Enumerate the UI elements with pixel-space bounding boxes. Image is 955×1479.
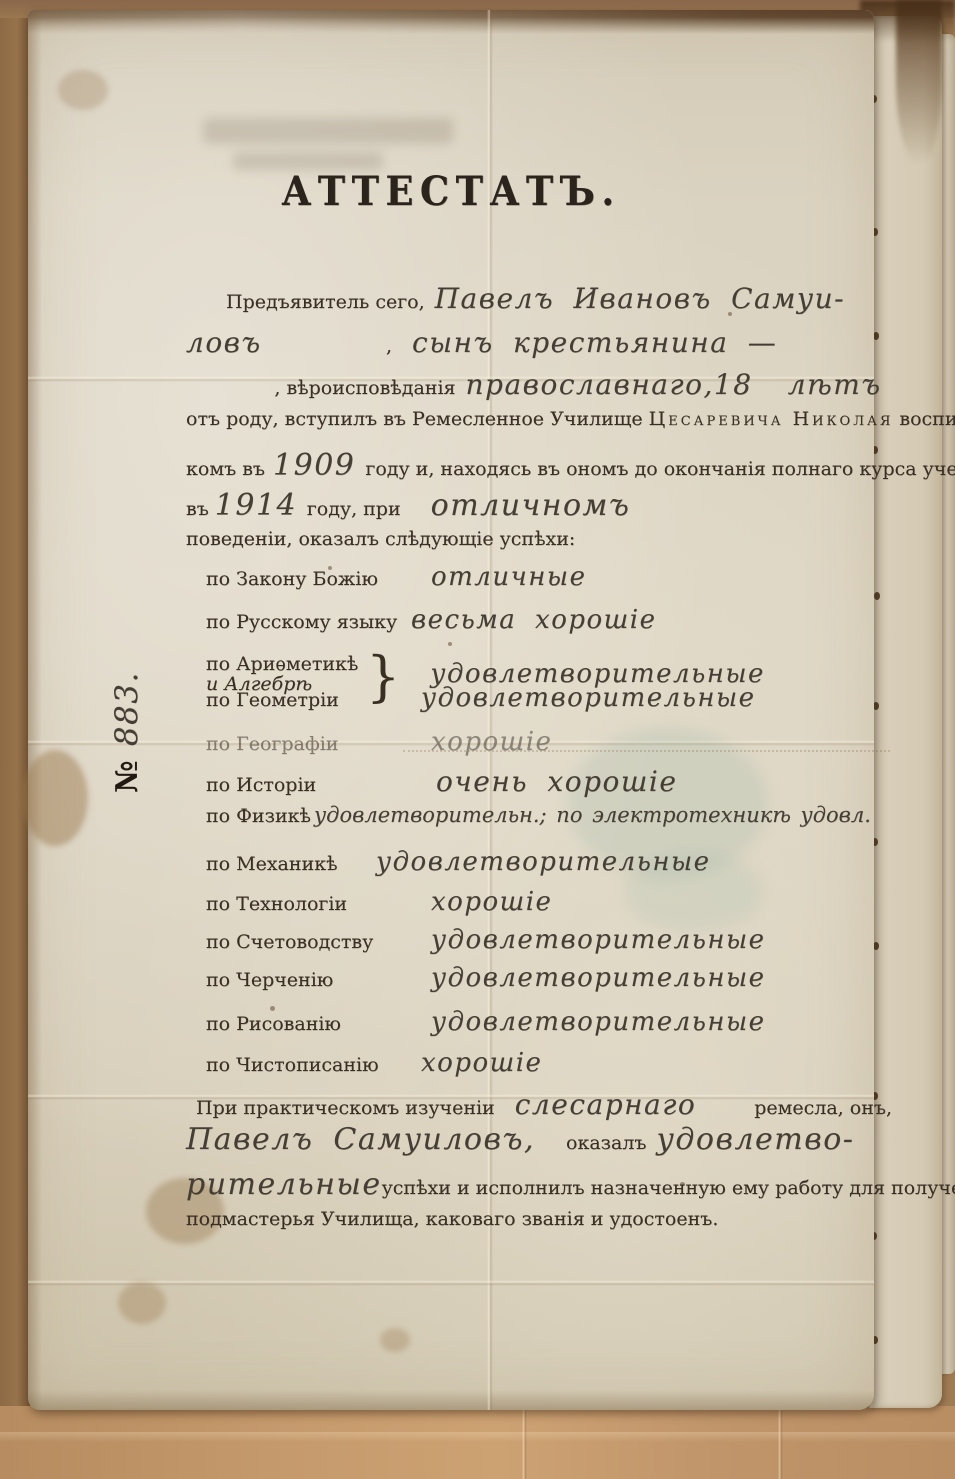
number-sign: №	[110, 760, 145, 793]
subject-label: по Чистописанію	[186, 1054, 401, 1076]
subject-row: по Счетоводству удовлетворительные	[186, 925, 892, 963]
closing-line-4: подмастерья Училища, каковаго званія и у…	[186, 1208, 892, 1246]
subject-grade: хорошіе	[421, 1048, 542, 1078]
stain	[380, 1328, 410, 1352]
subject-grade: отличные	[431, 562, 586, 592]
handwritten-origin: сынъ крестьянина —	[412, 326, 777, 359]
subject-grade: удовлетворительные	[431, 1007, 766, 1037]
certificate-number: № 883.	[109, 647, 153, 817]
intro-line-3: , вѣроисповѣданія православнаго, 18 лѣтъ	[186, 368, 892, 406]
intro-line-4: отъ роду, вступилъ въ Ремесленное Училищ…	[186, 408, 892, 446]
handwritten-year-finished: 1914	[215, 488, 297, 523]
closing-line-2: Павелъ Самуиловъ, оказалъ удовлетво-	[186, 1122, 892, 1160]
subject-label: по Физикѣ	[186, 805, 314, 827]
subject-row: по Исторіи очень хорошіе	[186, 765, 892, 803]
handwritten-age: 18	[714, 368, 753, 401]
subject-grade: удовлетворительные	[421, 683, 756, 713]
subject-row: по Геометріи удовлетворительные	[186, 683, 892, 721]
subject-label: по Исторіи	[186, 774, 401, 796]
intro-line-6: въ 1914 году, при отличномъ	[186, 488, 892, 526]
intro-line-7: поведеніи, оказалъ слѣдующіе успѣхи:	[186, 528, 892, 566]
handwritten-grade-part2: рительные	[186, 1167, 382, 1202]
subject-grade: удовлетворительные	[376, 847, 711, 877]
subject-row: по Русскому языку весьма хорошіе	[186, 605, 892, 643]
subject-grade: очень хорошіе	[436, 765, 677, 798]
subject-label: по Закону Божію	[186, 568, 401, 590]
closing-line-1: При практическомъ изученіи слесарнаго ре…	[186, 1088, 892, 1126]
top-right-shadow	[860, 0, 955, 42]
subject-label: по Геометріи	[186, 689, 401, 711]
certificate-page: № 883. АТТЕСТАТЪ. Предъявитель сего, Пав…	[28, 10, 874, 1410]
subject-grade: хорошіе	[431, 887, 552, 917]
intro-line-5: комъ въ 1909 году и, находясь въ ономъ д…	[186, 448, 892, 486]
intro-line-2: ловъ , сынъ крестьянина —	[186, 326, 892, 364]
handwritten-year-entered: 1909	[273, 448, 355, 483]
subject-row: по Физикѣ удовлетворительн.; по электрот…	[186, 803, 892, 841]
subject-row: по Черченію удовлетворительные	[186, 963, 892, 1001]
subject-label: по Механикѣ	[186, 853, 366, 875]
subject-grade: удовлетворительн.; по электротехникѣ удо…	[314, 803, 871, 827]
handwritten-name: Павелъ Ивановъ Самуи-	[435, 282, 846, 315]
printed-text: воспитанни-	[899, 408, 955, 430]
printed-school-name: Цесаревича Николая	[643, 408, 900, 430]
cardboard-bottom	[0, 1406, 955, 1479]
subject-grade: удовлетворительные	[431, 925, 766, 955]
subject-row: по Рисованію удовлетворительные	[186, 1007, 892, 1045]
printed-text: ремесла, онъ,	[754, 1097, 892, 1119]
printed-text: успѣхи и исполнилъ назначенную ему работ…	[382, 1177, 955, 1199]
subject-label: по Рисованію	[186, 1013, 401, 1035]
handwritten-name-signatureline: Павелъ Самуиловъ,	[186, 1122, 535, 1157]
subject-label: по Географіи	[186, 733, 401, 755]
handwritten-years-word: лѣтъ	[788, 368, 882, 401]
cardboard-seam	[522, 1406, 527, 1479]
subject-row: по Географіи хорошіе	[186, 727, 892, 765]
cardboard-seam	[778, 1406, 783, 1479]
stain	[22, 750, 88, 846]
certificate-title: АТТЕСТАТЪ.	[62, 168, 840, 215]
top-edge-stain	[28, 10, 874, 34]
subject-row: по Технологіи хорошіе	[186, 887, 892, 925]
paper-left-shading	[28, 10, 42, 1410]
printed-text: году и, находясь въ ономъ до окончанія п…	[355, 458, 955, 480]
photo-of-certificate: № 883. АТТЕСТАТЪ. Предъявитель сего, Пав…	[0, 0, 955, 1479]
handwritten-grade-part1: удовлетво-	[657, 1122, 855, 1157]
subject-grade: удовлетворительные	[431, 963, 766, 993]
subject-grade: весьма хорошіе	[411, 605, 657, 635]
printed-text: отъ роду, вступилъ въ Ремесленное Училищ…	[186, 408, 643, 430]
printed-text: Предъявитель сего,	[186, 291, 425, 313]
subject-grade: хорошіе	[431, 727, 552, 757]
handwritten-name-continued: ловъ	[186, 326, 262, 359]
subject-label-line1: по Ариѳметикѣ	[206, 653, 358, 675]
cardboard-ridge	[0, 1432, 955, 1442]
subject-label: по Технологіи	[186, 893, 401, 915]
paper-bottom-shading	[28, 1390, 874, 1410]
printed-text: поведеніи, оказалъ слѣдующіе успѣхи:	[186, 528, 575, 550]
intro-line-1: Предъявитель сего, Павелъ Ивановъ Самуи-	[186, 282, 892, 320]
handwritten-conduct: отличномъ	[431, 488, 631, 523]
stain	[118, 1282, 166, 1324]
subject-row: по Закону Божію отличные	[186, 562, 892, 600]
subject-label: по Русскому языку	[186, 611, 401, 633]
printed-text: въ	[186, 498, 209, 520]
subject-row: по Механикѣ удовлетворительные	[186, 847, 892, 885]
printed-text: комъ въ	[186, 458, 265, 480]
printed-text: подмастерья Училища, каковаго званія и у…	[186, 1208, 718, 1230]
number-value: 883.	[109, 671, 145, 746]
handwritten-trade: слесарнаго	[515, 1088, 697, 1121]
subject-label: по Черченію	[186, 969, 401, 991]
printed-text: При практическомъ изученіи	[186, 1097, 495, 1119]
printed-text: оказалъ	[566, 1132, 647, 1154]
subject-label: по Счетоводству	[186, 931, 401, 953]
closing-line-3: рительные успѣхи и исполнилъ назначенную…	[186, 1167, 892, 1205]
subject-row: по Чистописанію хорошіе	[186, 1048, 892, 1086]
showthrough-text-ghost	[203, 118, 453, 144]
printed-text: , вѣроисповѣданія	[274, 377, 455, 399]
stain	[58, 70, 108, 110]
cardboard-left-edge	[0, 0, 30, 1479]
handwritten-confession: православнаго,	[466, 368, 714, 401]
printed-text: году, при	[307, 498, 401, 520]
